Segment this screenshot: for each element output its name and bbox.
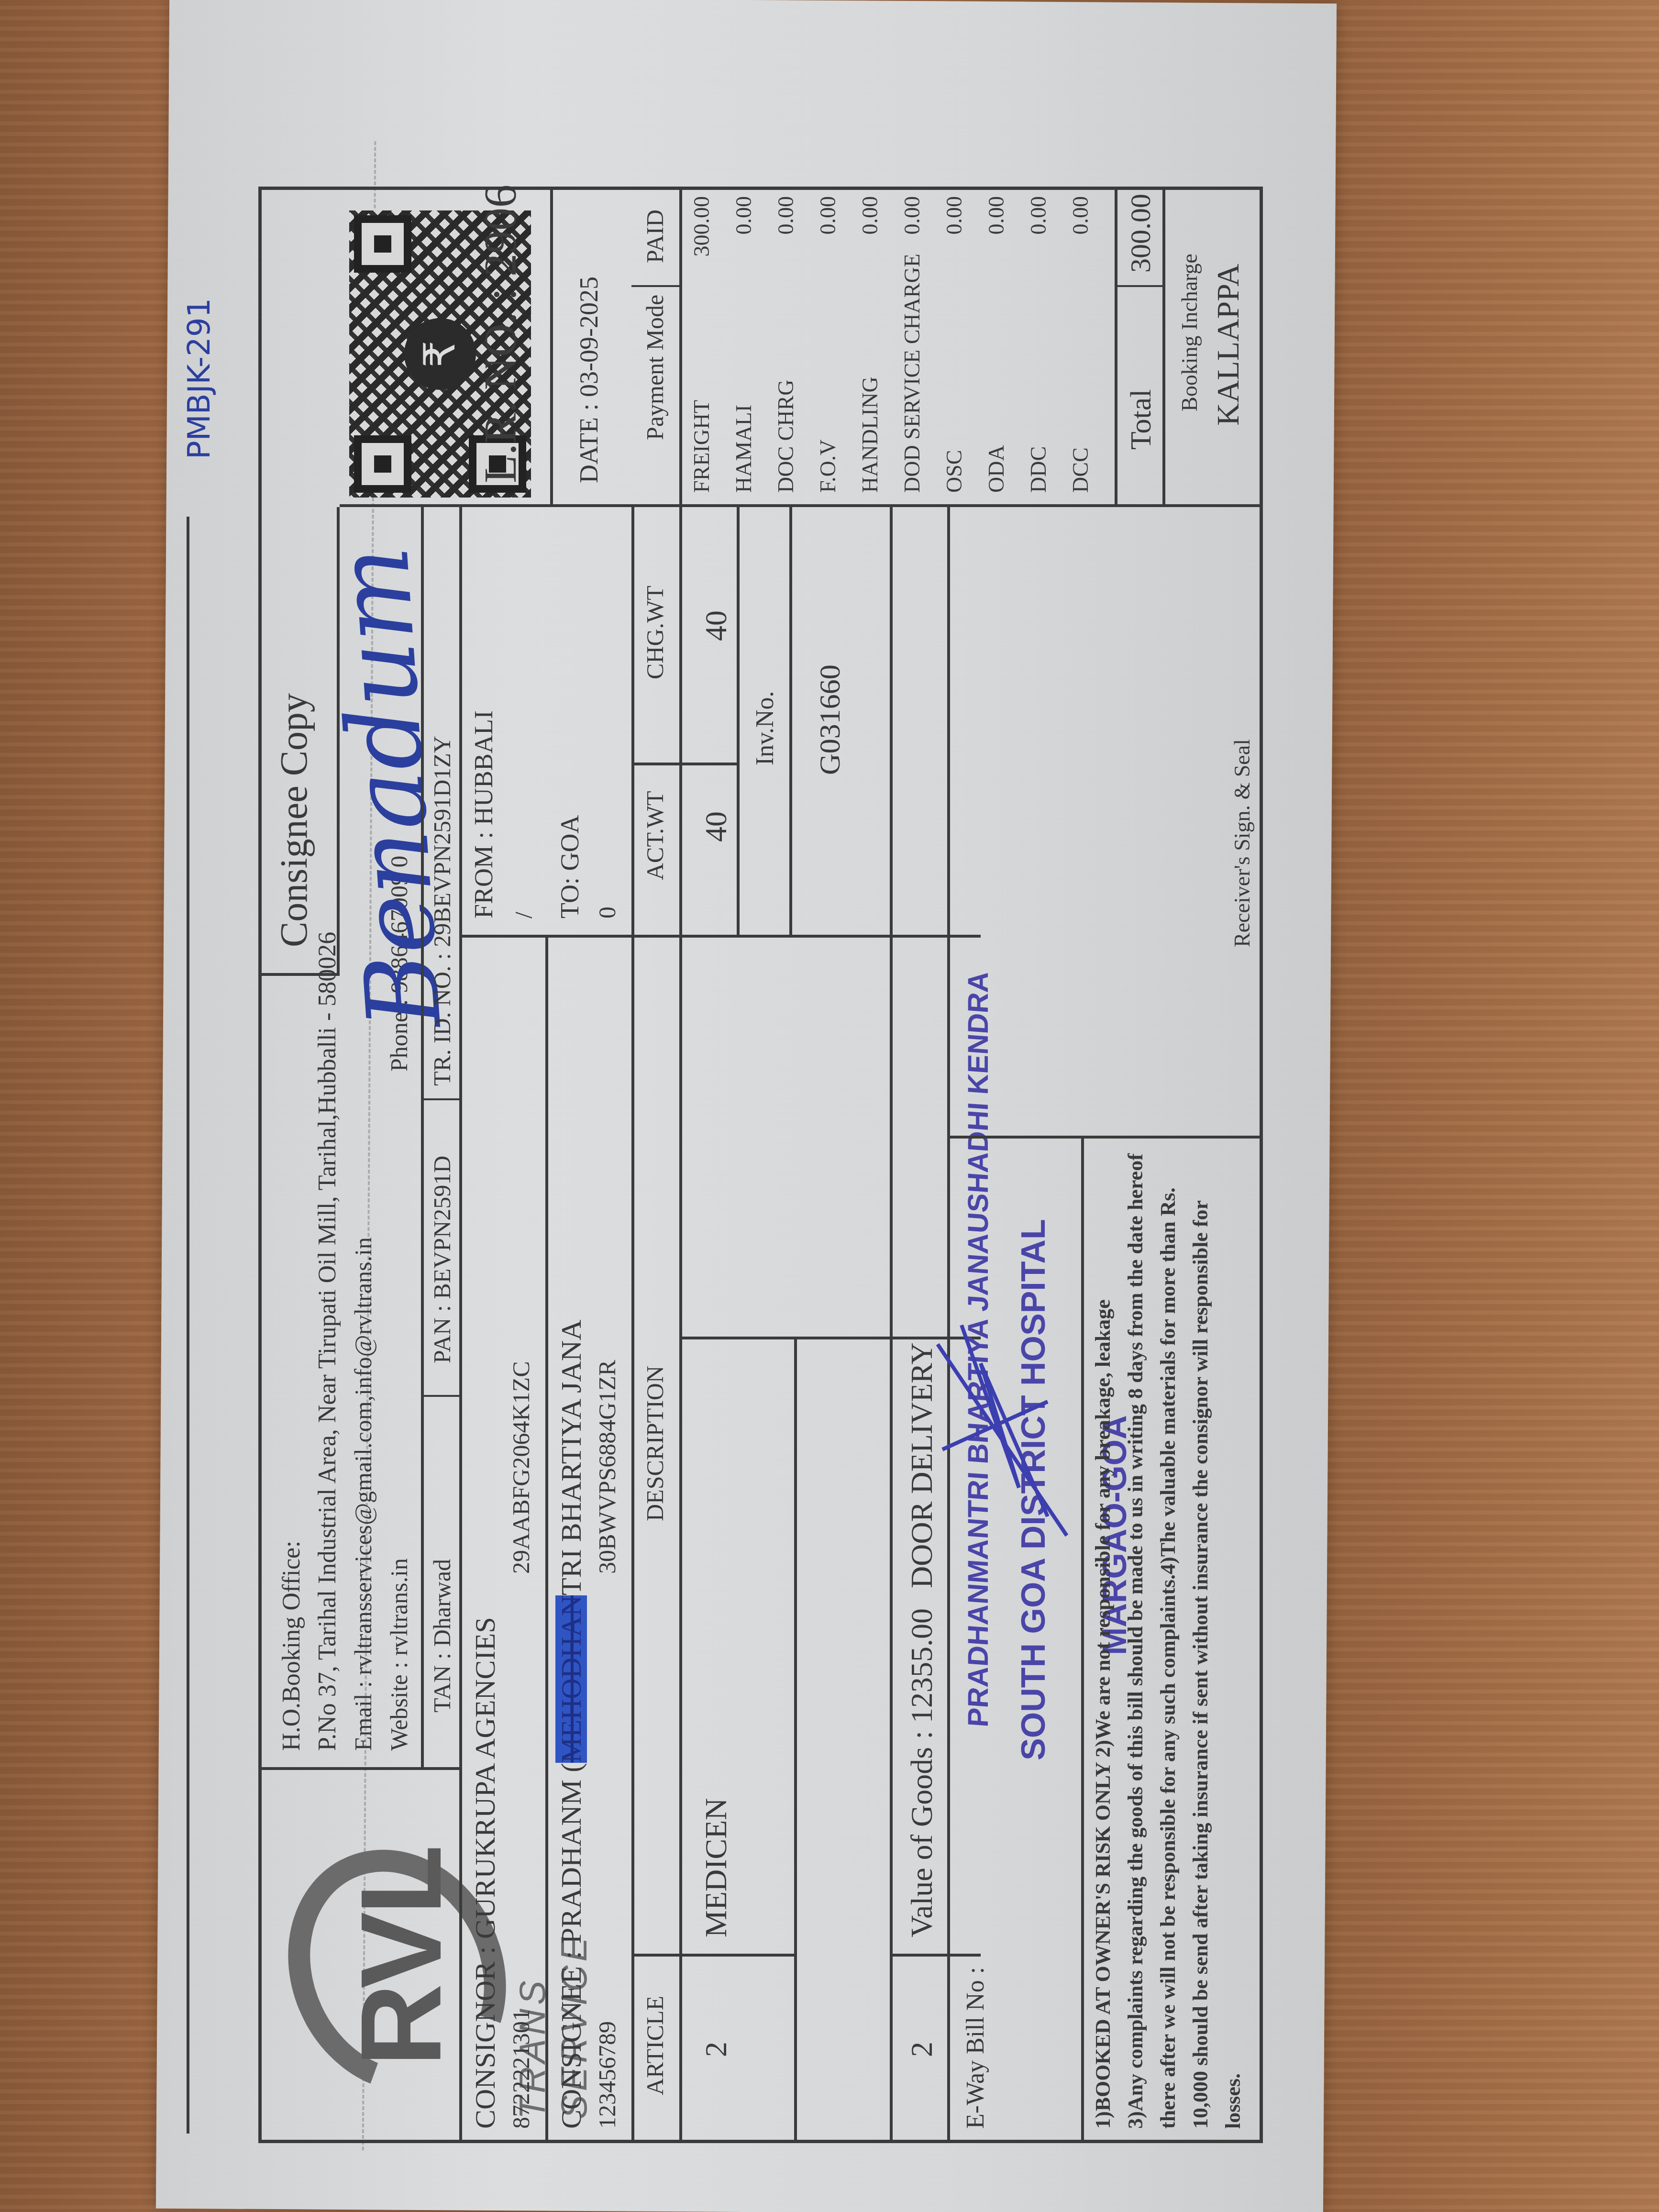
article-count: 2 — [698, 2042, 734, 2057]
goods-description: MEDICEN — [698, 1798, 734, 1937]
pan-value: PAN : BEVPN2591D — [428, 1156, 456, 1363]
article-section-bottom — [794, 1339, 797, 2143]
charge-label: HANDLING — [857, 376, 883, 493]
consignor-row-bottom — [545, 938, 548, 2143]
terms-line: losses. — [1221, 2073, 1245, 2129]
weight-row-bottom — [737, 507, 740, 938]
consignor-gstin: 29AABFG2064K1ZC — [507, 1361, 535, 1574]
office-email: Email : rvltransservices@gmail.com,info@… — [349, 1237, 377, 1751]
charge-row: DOD SERVICE CHARGE0.00 — [895, 191, 933, 498]
charge-label: ODA — [984, 445, 1009, 493]
terms-top — [1081, 1139, 1084, 2143]
header-description: DESCRIPTION — [641, 1366, 669, 1521]
total-articles: 2 — [904, 2042, 940, 2057]
to-extra: 0 — [593, 907, 621, 918]
logo-divider — [258, 1767, 459, 1770]
pan-tr-divider — [421, 1098, 459, 1100]
total-row-top — [1115, 187, 1117, 507]
office-website: Website : rvltrans.in — [385, 1558, 413, 1751]
charge-label: F.O.V — [815, 440, 841, 493]
charge-amount: 0.00 — [857, 196, 883, 235]
actual-weight: 40 — [698, 811, 734, 842]
value-row-divider — [890, 1954, 981, 1957]
article-col-divider — [631, 1954, 794, 1957]
charged-weight: 40 — [698, 610, 734, 641]
tan-row-bottom — [459, 507, 462, 2143]
lr-number: L.R. NO. : 2906 — [474, 185, 527, 483]
total-divider — [1115, 285, 1162, 287]
consignor-name: CONSIGNOR : GURUKRUPA AGENCIES — [469, 1617, 502, 2129]
charge-row: HANDLING0.00 — [852, 191, 891, 498]
header-article: ARTICLE — [641, 1996, 669, 2095]
charge-row: DDC0.00 — [1021, 191, 1059, 498]
from-extra: / — [509, 912, 537, 918]
charge-row: F.O.V0.00 — [810, 191, 849, 498]
value-row-top — [890, 507, 893, 2143]
header-chg-wt: CHG.WT — [641, 586, 669, 679]
charge-amount: 0.00 — [815, 196, 841, 235]
office-address: P.No 37, Tarihal Industrial Area, Near T… — [313, 932, 342, 1751]
payment-header-divider — [631, 285, 679, 287]
tr-id-value: TR. ID. NO. : 29BEVPN2591D1ZY — [428, 736, 456, 1086]
booking-date: DATE : 03-09-2025 — [574, 276, 604, 483]
charge-row: ODA0.00 — [979, 191, 1017, 498]
from-location: FROM : HUBBALI — [469, 710, 498, 918]
tan-pan-divider — [421, 1395, 459, 1397]
consignee-struck-text: MEHODHAN — [555, 1595, 587, 1763]
upi-logo-icon: ₹ — [404, 318, 476, 390]
logo-text: RVL — [335, 1847, 467, 2067]
invoice-number: G031660 — [813, 664, 847, 775]
charge-amount: 0.00 — [941, 196, 967, 235]
charge-amount: 0.00 — [984, 196, 1009, 235]
terms-line: 10,000 should be send after taking insur… — [1188, 1200, 1213, 2129]
description-right-border — [631, 935, 981, 938]
booking-incharge-name: KALLAPPA — [1210, 264, 1247, 426]
payment-mode-label: Payment Mode — [641, 295, 669, 440]
charge-amount: 0.00 — [773, 196, 798, 235]
consignor-phone: 8722221301 — [507, 2009, 535, 2129]
charge-label: FREIGHT — [689, 400, 714, 493]
terms-line: there after we will not be responsible f… — [1156, 1187, 1180, 2129]
charge-label: DOD SERVICE CHARGE — [899, 254, 925, 493]
value-of-goods: Value of Goods : 12355.00 — [904, 1608, 940, 1937]
charge-amount: 0.00 — [899, 196, 925, 235]
lr-row-bottom — [550, 187, 553, 507]
charge-row: OSC0.00 — [937, 191, 975, 498]
top-rule — [187, 517, 189, 2134]
charge-row: DOC CHRG0.00 — [768, 191, 807, 498]
charge-label: DDC — [1026, 446, 1051, 493]
charge-label: DOC CHRG — [773, 380, 798, 493]
total-row-bottom — [1162, 187, 1165, 507]
charge-label: OSC — [941, 450, 967, 493]
qr-finder-icon — [354, 435, 411, 493]
charge-row: HAMALI0.00 — [726, 191, 764, 498]
terms-line: 3)Any complaints regarding the goods of … — [1123, 1153, 1148, 2129]
charge-amount: 0.00 — [1068, 196, 1093, 235]
header-act-wt: ACT.WT — [641, 791, 669, 880]
charge-label: HAMALI — [731, 405, 756, 493]
tan-row-top — [421, 507, 424, 1770]
company-logo: RVL TRANS SERVICE — [277, 1789, 545, 2124]
stamp-signature-scribble — [923, 1296, 1076, 1545]
copy-label: Consignee Copy — [273, 693, 316, 947]
consignee-gstin: 30BWVPS6884G1ZR — [593, 1360, 621, 1574]
actwt-chgwt-divider — [631, 763, 737, 765]
charge-row: DCC0.00 — [1063, 191, 1101, 498]
charge-amount: 0.00 — [1026, 196, 1051, 235]
consignment-note-rotated: PMBJK-291 RVL TRANS SERVICE H.O.Booking … — [258, 182, 1311, 2143]
receiver-col-divider — [947, 1136, 1263, 1139]
header-handwriting: PMBJK-291 — [182, 298, 217, 459]
goods-header-bottom — [679, 187, 682, 2143]
qr-finder-icon — [354, 215, 411, 273]
invoice-header-bottom — [789, 507, 792, 938]
header-invoice-no: Inv.No. — [751, 691, 779, 766]
consignment-note: PMBJK-291 RVL TRANS SERVICE H.O.Booking … — [258, 182, 1311, 2143]
charge-amount: 0.00 — [731, 196, 756, 235]
charge-row: FREIGHT300.00 — [684, 191, 722, 498]
tan-value: TAN : Dharwad — [428, 1559, 456, 1713]
total-amount: 300.00 — [1124, 194, 1157, 273]
eway-bill-label: E-Way Bill No : — [962, 1967, 990, 2129]
charge-label: DCC — [1068, 447, 1093, 493]
consignee-phone: 123456789 — [593, 2021, 621, 2129]
booking-incharge-label: Booking Incharge — [1177, 254, 1202, 411]
terms-line: 1)BOOKED AT OWNER'S RISK ONLY 2)We are n… — [1091, 1299, 1115, 2129]
total-label: Total — [1124, 389, 1158, 450]
payment-status: PAID — [641, 210, 669, 263]
charge-amount: 300.00 — [689, 196, 714, 257]
to-location: TO: GOA — [555, 815, 585, 918]
consignee-row-bottom — [631, 507, 634, 2143]
consignee-name: CONSIGNEE : PRADHANM (MEHODHANTRI BHARTI… — [555, 1320, 588, 2129]
receiver-sign-label: Receiver's Sign. & Seal — [1229, 739, 1255, 947]
office-label: H.O.Booking Office: — [277, 1540, 306, 1751]
